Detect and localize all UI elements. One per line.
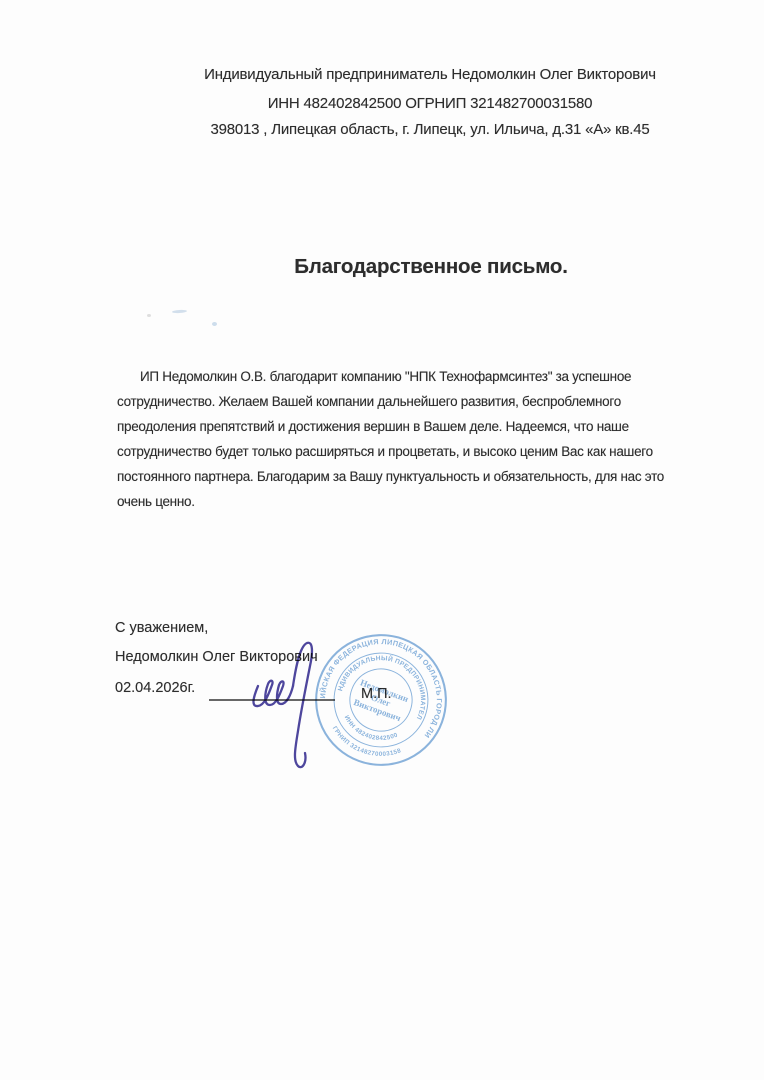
body-line: сотрудничество. Желаем Вашей компании да… (117, 389, 677, 414)
letterhead-inn-ogrnip: ИНН 482402842500 ОГРНИП 321482700031580 (85, 95, 764, 112)
body-line: преодоления препятствий и достижения вер… (117, 414, 677, 439)
title-block: Благодарственное письмо. (95, 255, 764, 279)
handwritten-signature (246, 636, 318, 774)
signoff-date: 02.04.2026г. (115, 680, 195, 696)
round-stamp: РОССИЙСКАЯ ФЕДЕРАЦИЯ ЛИПЕЦКАЯ ОБЛАСТЬ ГО… (293, 612, 470, 789)
signature-loops-stroke (253, 681, 293, 706)
signoff-regards: С уважением, (115, 620, 208, 636)
body-paragraph: ИП Недомолкин О.В. благодарит компанию "… (117, 364, 677, 514)
signature-descender-stroke (293, 643, 312, 767)
letter-title: Благодарственное письмо. (294, 255, 567, 278)
letterhead-address: 398013 , Липецкая область, г. Липецк, ул… (85, 121, 764, 138)
scan-artifact-speck (147, 314, 151, 317)
body-line: сотрудничество будет только расширяться … (117, 439, 677, 464)
scanned-letter-page: Индивидуальный предприниматель Недомолки… (0, 0, 764, 1080)
body-line: постоянного партнера. Благодарим за Вашу… (117, 464, 677, 489)
body-line: ИП Недомолкин О.В. благодарит компанию "… (117, 364, 677, 389)
body-line: очень ценно. (117, 489, 677, 514)
letterhead-entrepreneur-name: Индивидуальный предприниматель Недомолки… (85, 66, 764, 83)
scan-artifact-speck (172, 309, 187, 313)
scan-artifact-speck (212, 322, 217, 326)
